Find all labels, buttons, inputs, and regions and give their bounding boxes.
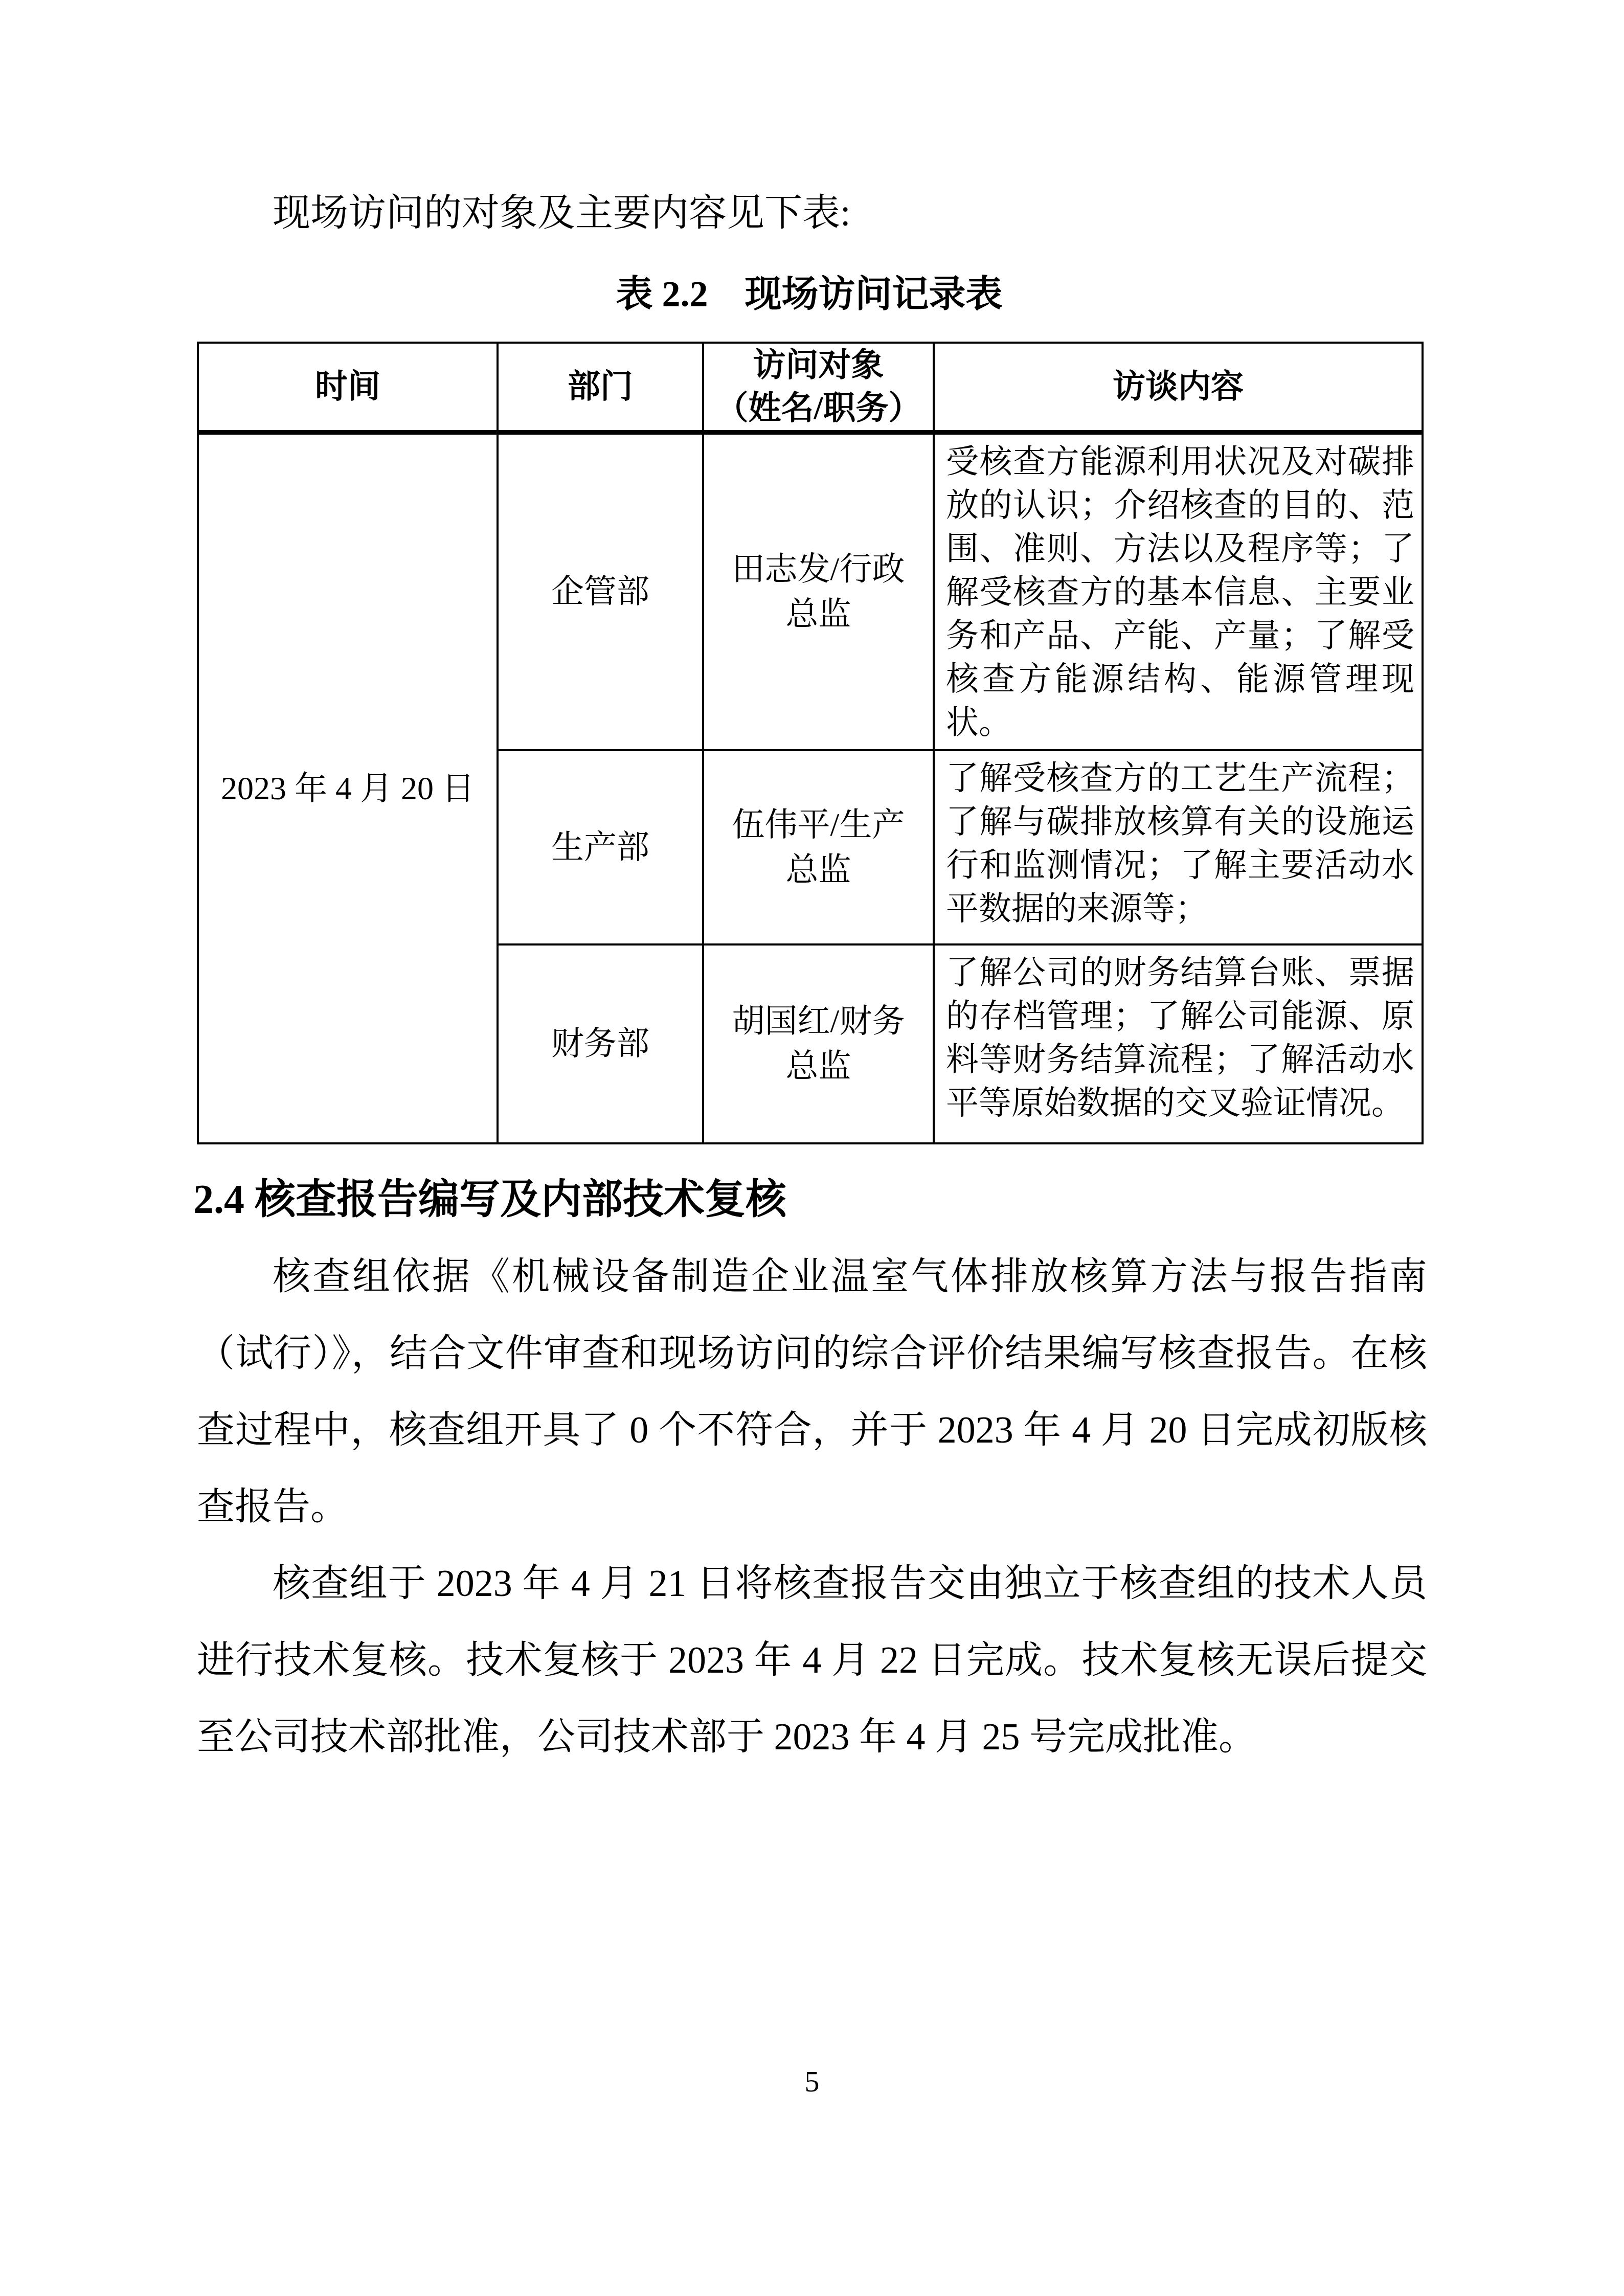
interview-content-cell: 了解公司的财务结算台账、票据的存档管理；了解公司能源、原料等财务结算流程；了解活…	[934, 944, 1423, 1143]
header-interviewee: 访问对象 （姓名/职务）	[703, 343, 934, 432]
page-number: 5	[0, 2063, 1624, 2101]
table-row: 2023 年 4 月 20 日 企管部 田志发/行政 总监 受核查方能源利用状况…	[198, 432, 1423, 750]
interview-content-cell: 了解受核查方的工艺生产流程；了解与碳排放核算有关的设施运行和监测情况；了解主要活…	[934, 750, 1423, 944]
department-cell: 企管部	[498, 432, 703, 750]
header-interviewee-line2: （姓名/职务）	[704, 387, 933, 430]
date-cell: 2023 年 4 月 20 日	[198, 432, 498, 1143]
intro-paragraph: 现场访问的对象及主要内容见下表:	[197, 188, 1430, 238]
table-header-row: 时间 部门 访问对象 （姓名/职务） 访谈内容	[198, 343, 1423, 432]
header-time: 时间	[198, 343, 498, 432]
section-heading: 2.4 核查报告编写及内部技术复核	[193, 1174, 1430, 1225]
body-paragraph-2: 核查组于 2023 年 4 月 21 日将核查报告交由独立于核查组的技术人员进行…	[197, 1545, 1427, 1775]
header-interviewee-line1: 访问对象	[704, 344, 933, 387]
interview-content-cell: 受核查方能源利用状况及对碳排放的认识；介绍核查的目的、范围、准则、方法以及程序等…	[934, 432, 1423, 750]
document-page: 现场访问的对象及主要内容见下表: 表 2.2 现场访问记录表 时间 部门 访问对…	[0, 0, 1624, 2296]
department-cell: 财务部	[498, 944, 703, 1143]
table-caption: 表 2.2 现场访问记录表	[197, 270, 1422, 318]
interviewee-cell: 伍伟平/生产 总监	[703, 750, 934, 944]
interviewee-cell: 胡国红/财务 总监	[703, 944, 934, 1143]
header-content: 访谈内容	[934, 343, 1423, 432]
header-department: 部门	[498, 343, 703, 432]
interviewee-cell: 田志发/行政 总监	[703, 432, 934, 750]
body-paragraph-1: 核查组依据《机械设备制造企业温室气体排放核算方法与报告指南（试行）》，结合文件审…	[197, 1239, 1427, 1545]
department-cell: 生产部	[498, 750, 703, 944]
site-visit-record-table: 时间 部门 访问对象 （姓名/职务） 访谈内容 2023 年 4 月 20 日 …	[197, 342, 1424, 1144]
